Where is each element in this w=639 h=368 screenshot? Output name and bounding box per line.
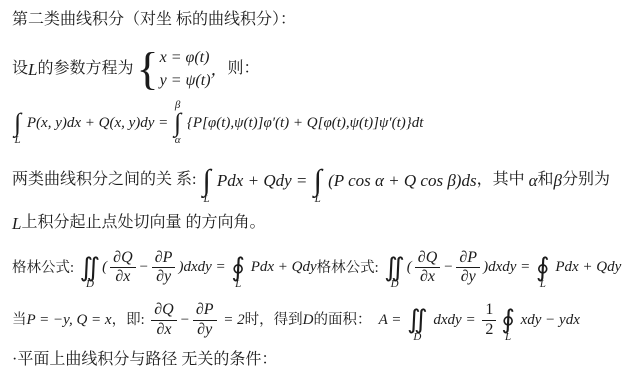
contour-integral-symbol: ∮ [536,256,550,279]
fraction-dPdy: ∂P ∂y [193,301,217,339]
double-integral-symbol: ∬ [80,256,101,279]
greens-formula-line: 格林公式: ∬ D ( ∂Q ∂x − ∂P ∂y )dxdy = ∮ L Pd… [12,245,633,290]
fraction-denominator: ∂x [417,268,438,286]
contour-integral-operator: ∮ L [231,245,245,290]
formula-cos: (P cos α + Q cos β)ds [324,170,477,191]
var-D: D [303,311,314,330]
formula-xdy-ydx: xdy − ydx [517,311,580,330]
text-then: 则： [228,59,260,79]
var-L: L [12,213,21,234]
contour-integral-symbol: ∮ [501,308,515,331]
var-alpha: α [529,170,538,191]
line-integral-formula: ∫ L P(x, y)dx + Q(x, y)dy = β ∫ α {P[φ(t… [12,100,633,145]
math-notes-document: 第二类曲线积分（对坐 标的曲线积分）： 设 L 的参数方程为 { x = φ(t… [0,0,639,368]
formula-left: P(x, y)dx + Q(x, y)dy = [23,114,172,133]
fraction-numerator: ∂P [456,249,480,268]
fraction-denominator: ∂y [458,268,479,286]
system-row-x: x = φ(t) [160,46,211,69]
fraction-numerator: ∂Q [415,249,440,268]
integral-lower-limit: L [505,332,511,343]
integral-operator: ∫ L [314,156,322,205]
open-paren: ( [102,258,107,277]
integral-lower-limit: L [15,135,21,146]
fraction-numerator: ∂P [152,249,176,268]
formula-A-equals: A = [375,311,405,330]
text-where: ，其中 [477,170,529,190]
system-row-y: y = ψ(t) [160,69,211,92]
path-independence-line: ·平面上曲线积分与路径 无关的条件： [12,350,633,368]
text-direction: 上积分起止点处切向量 的方向角。 [21,213,265,233]
parametric-equation-line: 设 L 的参数方程为 { x = φ(t) y = ψ(t) ， 则： [12,46,633,92]
minus-sign: − [443,258,453,277]
var-L: L [28,59,37,80]
relation-line: 两类曲线积分之间的关 系: ∫ L Pdx + Qdy = ∫ L (P cos… [12,156,633,205]
integral-lower-limit: L [204,194,210,205]
fraction-denominator: ∂x [153,321,174,339]
double-integral-operator: ∬ D [384,245,405,290]
double-integral-symbol: ∬ [384,256,405,279]
close-paren-dxdy: )dxdy = [178,258,229,277]
text-that-is: ，即: [112,311,149,329]
fraction-dPdy: ∂P ∂y [152,249,176,287]
integral-lower-limit: D [391,279,399,290]
direction-angle-line: L 上积分起止点处切向量 的方向角。 [12,213,633,234]
formula-right: {P[φ(t),ψ(t)]φ′(t) + Q[φ(t),ψ(t)]ψ′(t)}d… [183,114,423,133]
title-line: 第二类曲线积分（对坐 标的曲线积分）： [12,10,633,30]
double-integral-operator: ∬ D [80,245,101,290]
integral-operator: β ∫ α [174,100,181,145]
integral-lower-limit: L [235,279,241,290]
formula-pdx-qdy: Pdx + Qdy = [213,170,312,191]
text-when: 当 [12,311,27,329]
equals-two: = 2 [220,311,245,330]
equation-system: x = φ(t) y = ψ(t) [160,46,211,92]
text-and: 和 [538,170,554,190]
fraction-denominator: ∂y [153,268,174,286]
area-formula-line: 当 P = −y, Q = x ，即: ∂Q ∂x − ∂P ∂y = 2 时，… [12,297,633,342]
text-param: 的参数方程为 [37,59,133,79]
contour-integral-operator: ∮ L [501,297,515,342]
formula-tail: Pdx + Qdy [552,258,622,277]
fraction-dQdx: ∂Q ∂x [110,249,135,287]
integral-symbol: ∫ [174,111,181,134]
fraction-dQdx: ∂Q ∂x [151,301,176,339]
fraction-numerator: ∂Q [151,301,176,320]
text-relation: 两类曲线积分之间的关 系: [12,170,200,190]
greens-label: 格林公式: [12,259,78,277]
formula-pq: P = −y, Q = x [27,311,112,330]
double-integral-symbol: ∬ [407,308,428,331]
formula-dxdy: dxdy = [430,311,480,330]
integral-symbol: ∫ [202,167,210,194]
integral-lower-limit: D [86,279,94,290]
open-paren: ( [407,258,412,277]
integral-lower-limit: L [540,279,546,290]
contour-integral-symbol: ∮ [231,256,245,279]
comma: ， [211,59,228,80]
integral-lower-limit: L [315,194,321,205]
var-beta: β [554,170,562,191]
fraction-one-half: 1 2 [482,301,496,339]
integral-operator: ∫ L [202,156,210,205]
fraction-dQdx: ∂Q ∂x [415,249,440,287]
fraction-dPdy: ∂P ∂y [456,249,480,287]
integral-symbol: ∫ [314,167,322,194]
integral-operator: ∫ L [14,100,21,145]
integral-lower-limit: D [413,332,421,343]
formula-tail: Pdx + Qdy [247,258,317,277]
text-area: 的面积： [313,311,375,329]
double-integral-operator: ∬ D [407,297,428,342]
text-obtain: 时，得到 [245,311,303,329]
left-brace-symbol: { [137,51,159,88]
fraction-numerator: ∂Q [110,249,135,268]
fraction-numerator: ∂P [193,301,217,320]
minus-sign: − [139,258,149,277]
title-text: 第二类曲线积分（对坐 标的曲线积分）： [12,10,296,30]
fraction-denominator: 2 [482,321,496,339]
integral-lower-limit: α [175,135,181,146]
fraction-denominator: ∂y [194,321,215,339]
fraction-denominator: ∂x [112,268,133,286]
text-she: 设 [12,59,28,79]
text-respectively: 分别为 [562,170,610,190]
integral-symbol: ∫ [14,111,21,134]
contour-integral-operator: ∮ L [536,245,550,290]
fraction-numerator: 1 [482,301,496,320]
greens-label: 格林公式: [317,259,383,277]
close-paren-dxdy: )dxdy = [483,258,534,277]
minus-sign: − [180,311,190,330]
path-independence-text: ·平面上曲线积分与路径 无关的条件： [12,350,277,368]
